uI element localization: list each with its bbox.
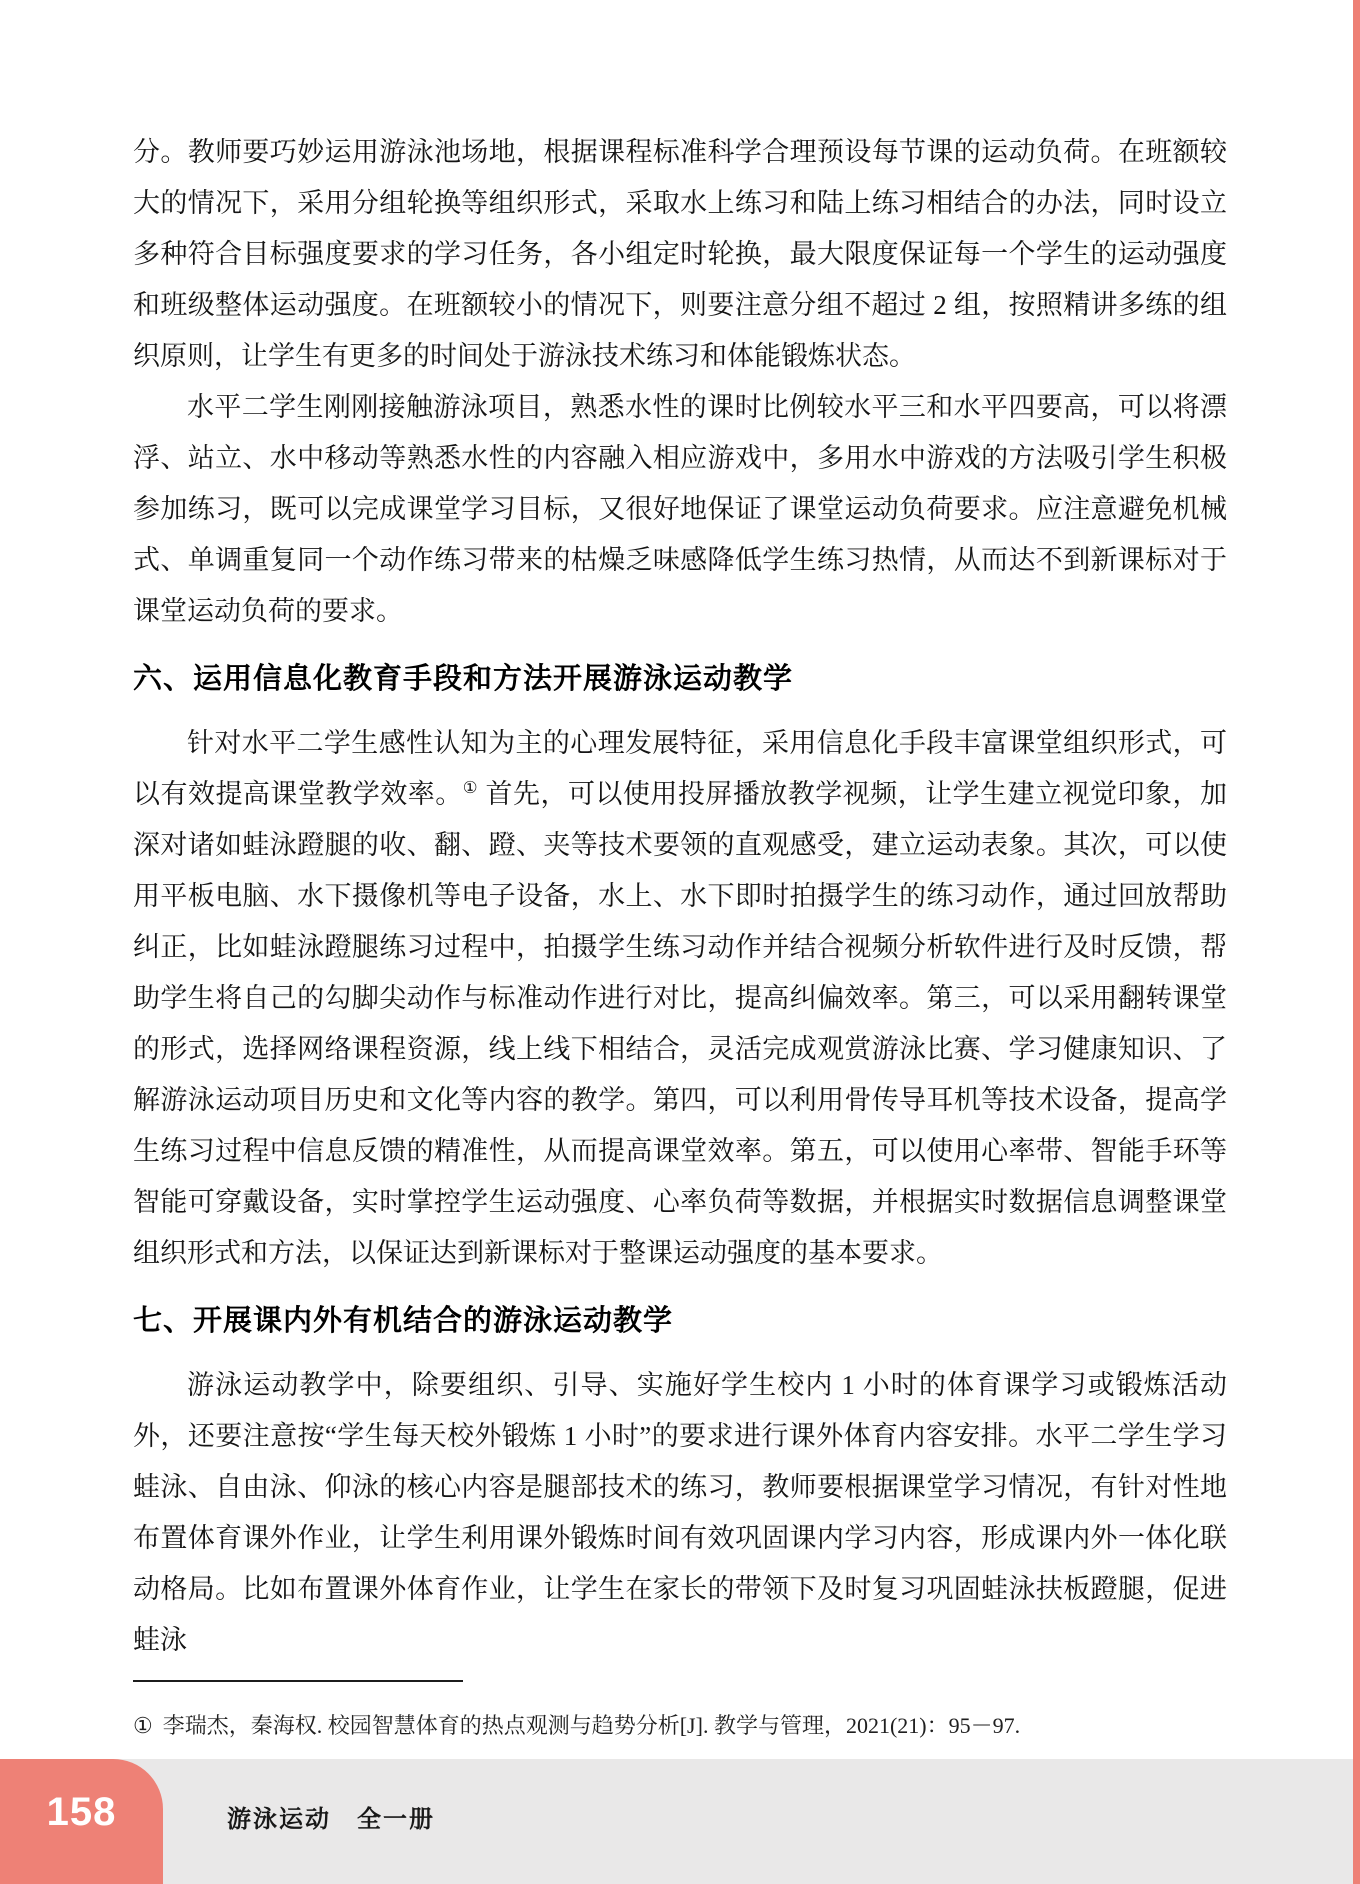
- paragraph-info-tech: 针对水平二学生感性认知为主的心理发展特征，采用信息化手段丰富课堂组织形式，可以有…: [133, 718, 1227, 1279]
- body-text-column: 分。教师要巧妙运用游泳池场地，根据课程标准科学合理预设每节课的运动负荷。在班额较…: [133, 127, 1227, 1742]
- footnote-text: 李瑞杰，秦海权. 校园智慧体育的热点观测与趋势分析[J]. 教学与管理，2021…: [163, 1713, 1020, 1738]
- page-number: 158: [47, 1790, 117, 1835]
- para-text-after-ref: 首先，可以使用投屏播放教学视频，让学生建立视觉印象，加深对诸如蛙泳蹬腿的收、翻、…: [133, 779, 1227, 1268]
- footer-book-title: 游泳运动 全一册: [227, 1799, 435, 1834]
- page-container: 分。教师要巧妙运用游泳池场地，根据课程标准科学合理预设每节课的运动负荷。在班额较…: [0, 0, 1360, 1884]
- section-heading-seven: 七、开展课内外有机结合的游泳运动教学: [133, 1303, 1227, 1339]
- section-heading-six: 六、运用信息化教育手段和方法开展游泳运动教学: [133, 661, 1227, 697]
- footnote-separator: [133, 1680, 463, 1682]
- paragraph-continuation: 分。教师要巧妙运用游泳池场地，根据课程标准科学合理预设每节课的运动负荷。在班额较…: [133, 127, 1227, 382]
- paragraph-in-out-class: 游泳运动教学中，除要组织、引导、实施好学生校内 1 小时的体育课学习或锻炼活动外…: [133, 1360, 1227, 1666]
- page-number-badge: 158: [0, 1759, 163, 1884]
- footnote-ref-marker: ①: [463, 778, 478, 797]
- paragraph-level2-students: 水平二学生刚刚接触游泳项目，熟悉水性的课时比例较水平三和水平四要高，可以将漂浮、…: [133, 382, 1227, 637]
- footer-band: 158 游泳运动 全一册: [0, 1759, 1360, 1884]
- accent-edge-stripe: [1353, 0, 1360, 1884]
- footnote: ①李瑞杰，秦海权. 校园智慧体育的热点观测与趋势分析[J]. 教学与管理，202…: [133, 1710, 1227, 1742]
- footnote-marker: ①: [133, 1713, 153, 1738]
